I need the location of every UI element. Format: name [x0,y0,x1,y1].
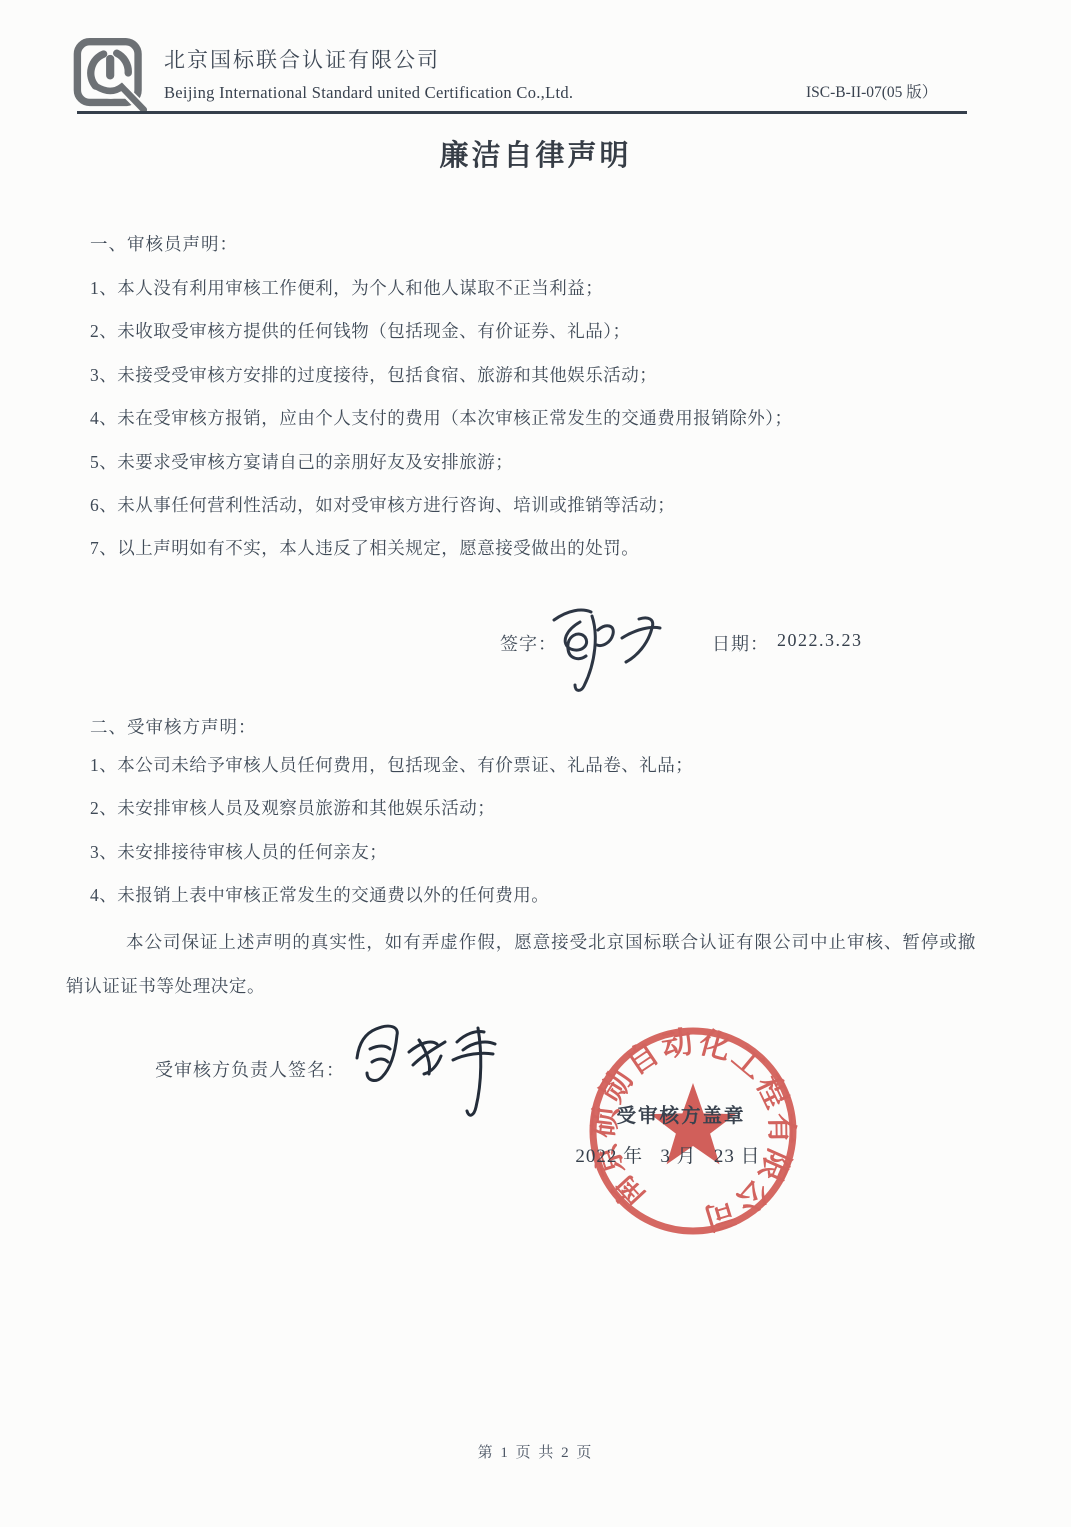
section2-heading: 二、受审核方声明： [90,714,257,739]
stamp-section-label: 受审核方盖章 [571,1100,791,1128]
company-name-en: Beijing International Standard united Ce… [164,83,573,103]
header-divider [77,111,967,114]
list-item: 1、本人没有利用审核工作便利，为个人和他人谋取不正当利益； [90,267,990,310]
list-item: 1、本公司未给予审核人员任何费用，包括现金、有价票证、礼品卷、礼品； [90,744,990,787]
auditee-handwritten-signature [345,1010,520,1128]
company-name-cn: 北京国标联合认证有限公司 [164,44,440,74]
document-code: ISC-B-II-07(05 版） [806,80,937,102]
company-seal-stamp: 南京硕勋自动化工程有限公司 [580,1018,806,1244]
list-item: 4、未报销上表中审核正常发生的交通费以外的任何费用。 [90,874,990,917]
list-item: 7、以上声明如有不实，本人违反了相关规定，愿意接受做出的处罚。 [90,527,990,570]
list-item: 6、未从事任何营利性活动，如对受审核方进行咨询、培训或推销等活动； [90,484,990,527]
section1-item-list: 1、本人没有利用审核工作便利，为个人和他人谋取不正当利益； 2、未收取受审核方提… [90,267,990,571]
page-title: 廉洁自律声明 [0,133,1071,174]
auditor-date-label: 日期： [712,630,769,656]
section1-heading: 一、审核员声明： [90,231,238,256]
stamp-date: 2022 年 3 月 23 日 [538,1141,798,1168]
list-item: 3、未接受受审核方安排的过度接待，包括食宿、旅游和其他娱乐活动； [90,354,990,397]
list-item: 2、未安排审核人员及观察员旅游和其他娱乐活动； [90,787,990,830]
list-item: 5、未要求受审核方宴请自己的亲朋好友及安排旅游； [90,441,990,484]
auditor-date-value: 2022.3.23 [777,630,863,651]
list-item: 4、未在受审核方报销，应由个人支付的费用（本次审核正常发生的交通费用报销除外）； [90,397,990,440]
section2-item-list: 1、本公司未给予审核人员任何费用，包括现金、有价票证、礼品卷、礼品； 2、未安排… [90,744,990,918]
auditor-handwritten-signature [538,596,693,698]
company-logo-icon [70,36,152,118]
list-item: 2、未收取受审核方提供的任何钱物（包括现金、有价证券、礼品）； [90,310,990,353]
list-item: 3、未安排接待审核人员的任何亲友； [90,831,990,874]
auditee-signature-label: 受审核方负责人签名： [155,1056,345,1082]
document-page: 北京国标联合认证有限公司 Beijing International Stand… [0,0,1071,1527]
closing-paragraph: 本公司保证上述声明的真实性，如有弄虚作假，愿意接受北京国标联合认证有限公司中止审… [66,921,976,1008]
page-number: 第 1 页 共 2 页 [0,1441,1071,1462]
